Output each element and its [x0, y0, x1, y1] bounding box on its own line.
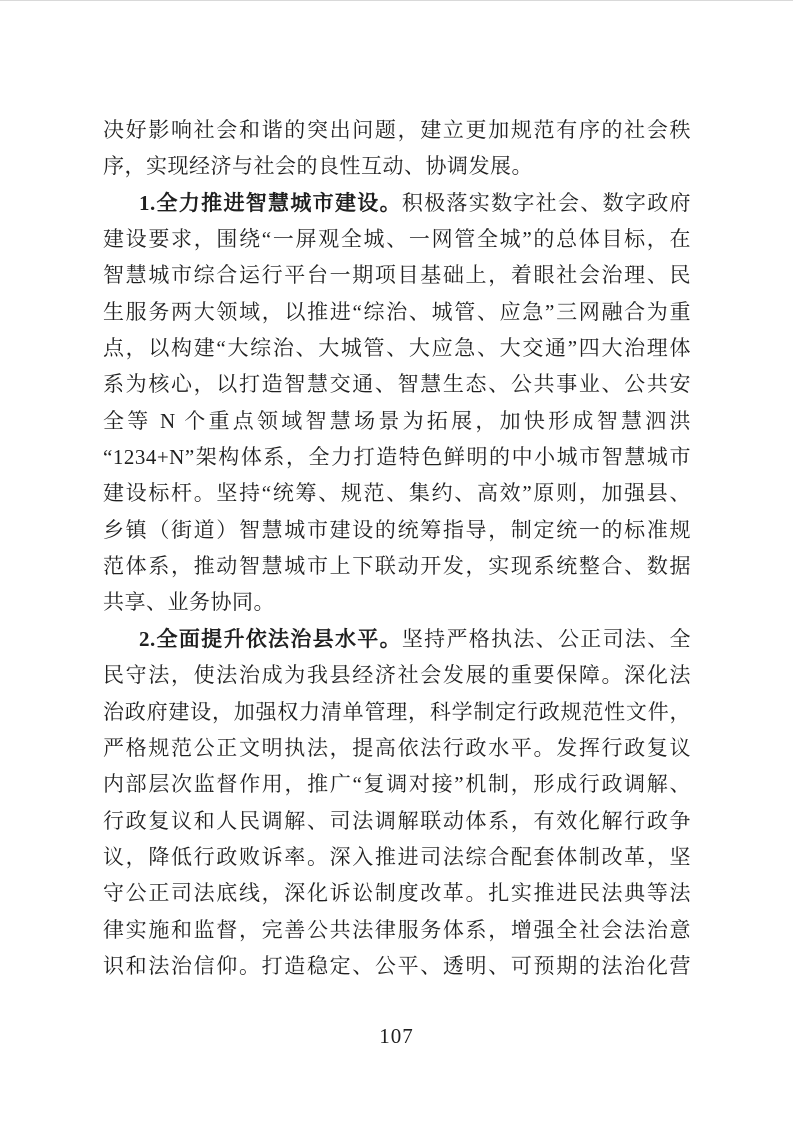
body-text: 决好影响社会和谐的突出问题，建立更加规范有序的社会秩 序，实现经济与社会的良性互…	[103, 112, 691, 984]
text-line: 决好影响社会和谐的突出问题，建立更加规范有序的社会秩	[103, 112, 691, 148]
text-line: 守公正司法底线，深化诉讼制度改革。扎实推进民法典等法	[103, 875, 691, 911]
text-line: 智慧城市综合运行平台一期项目基础上，着眼社会治理、民	[103, 257, 691, 293]
text-line: 民守法，使法治成为我县经济社会发展的重要保障。深化法	[103, 657, 691, 693]
text-line: 内部层次监督作用，推广“复调对接”机制，形成行政调解、	[103, 766, 691, 802]
text-line: 行政复议和人民调解、司法调解联动体系，有效化解行政争	[103, 803, 691, 839]
text-line: 生服务两大领域，以推进“综治、城管、应急”三网融合为重	[103, 294, 691, 330]
text-line: 严格规范公正文明执法，提高依法行政水平。发挥行政复议	[103, 730, 691, 766]
text-line: 识和法治信仰。打造稳定、公平、透明、可预期的法治化营	[103, 948, 691, 984]
text-line: 共享、业务协同。	[103, 584, 691, 620]
section-2-heading: 2.全面提升依法治县水平。	[139, 627, 402, 651]
text-line: 范体系，推动智慧城市上下联动开发，实现系统整合、数据	[103, 548, 691, 584]
text-line: 全等 N 个重点领域智慧场景为拓展，加快形成智慧泗洪	[103, 403, 691, 439]
text-line: 建设要求，围绕“一屏观全城、一网管全城”的总体目标，在	[103, 221, 691, 257]
document-page: 决好影响社会和谐的突出问题，建立更加规范有序的社会秩 序，实现经济与社会的良性互…	[0, 0, 793, 1122]
text-line: 建设标杆。坚持“统筹、规范、集约、高效”原则，加强县、	[103, 475, 691, 511]
text-line: “1234+N”架构体系，全力打造特色鲜明的中小城市智慧城市	[103, 439, 691, 475]
text-line: 系为核心，以打造智慧交通、智慧生态、公共事业、公共安	[103, 366, 691, 402]
text-line: 律实施和监督，完善公共法律服务体系，增强全社会法治意	[103, 912, 691, 948]
section-1-heading: 1.全力推进智慧城市建设。	[139, 191, 402, 215]
text-line: 议，降低行政败诉率。深入推进司法综合配套体制改革，坚	[103, 839, 691, 875]
line-text: 积极落实数字社会、数字政府	[402, 191, 691, 215]
text-line: 1.全力推进智慧城市建设。积极落实数字社会、数字政府	[103, 185, 691, 221]
text-line: 2.全面提升依法治县水平。坚持严格执法、公正司法、全	[103, 621, 691, 657]
text-line: 治政府建设，加强权力清单管理，科学制定行政规范性文件，	[103, 694, 691, 730]
line-text: 坚持严格执法、公正司法、全	[402, 627, 691, 651]
text-line: 序，实现经济与社会的良性互动、协调发展。	[103, 148, 691, 184]
scan-edge-line	[0, 0, 793, 1]
text-line: 乡镇（街道）智慧城市建设的统筹指导，制定统一的标准规	[103, 512, 691, 548]
text-line: 点，以构建“大综治、大城管、大应急、大交通”四大治理体	[103, 330, 691, 366]
page-number: 107	[0, 1024, 793, 1049]
